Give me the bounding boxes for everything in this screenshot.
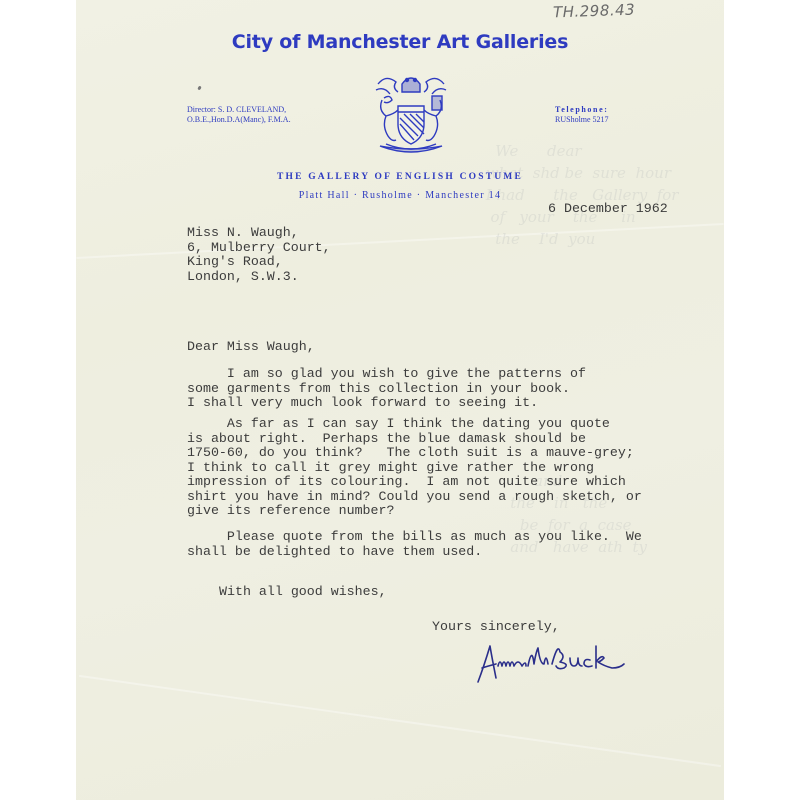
director-name: Director: S. D. CLEVELAND,: [187, 105, 291, 115]
recipient-address-line: 6, Mulberry Court,: [187, 241, 331, 256]
paper-crease: [79, 675, 721, 767]
department-name: THE GALLERY OF ENGLISH COSTUME: [0, 172, 800, 182]
director-credit: Director: S. D. CLEVELAND, O.B.E.,Hon.D.…: [187, 105, 291, 125]
coat-of-arms-icon: [372, 70, 450, 158]
telephone-block: Telephone: RUSholme 5217: [555, 105, 609, 125]
handwritten-signature: Anne M Buck: [474, 638, 639, 688]
salutation: Dear Miss Waugh,: [187, 340, 315, 355]
recipient-address: Miss N. Waugh,6, Mulberry Court,King's R…: [187, 226, 331, 284]
paper-blemish: [197, 86, 202, 91]
body-paragraph: As far as I can say I think the dating y…: [187, 417, 642, 519]
closing-line: With all good wishes,: [219, 585, 387, 600]
department-address: Platt Hall · Rusholme · Manchester 14: [0, 190, 800, 201]
body-paragraph: I am so glad you wish to give the patter…: [187, 367, 586, 411]
body-paragraph: Please quote from the bills as much as y…: [187, 530, 642, 559]
telephone-label: Telephone:: [555, 105, 609, 115]
sign-off: Yours sincerely,: [432, 620, 560, 635]
recipient-name: Miss N. Waugh,: [187, 226, 331, 241]
recipient-address-line: London, S.W.3.: [187, 270, 331, 285]
accession-number: TH.298.43: [553, 1, 636, 22]
telephone-number: RUSholme 5217: [555, 115, 609, 125]
recipient-address-line: King's Road,: [187, 255, 331, 270]
organization-title: City of Manchester Art Galleries: [0, 31, 800, 53]
letter-date: 6 December 1962: [548, 202, 668, 217]
director-qualifications: O.B.E.,Hon.D.A(Manc), F.M.A.: [187, 115, 291, 125]
